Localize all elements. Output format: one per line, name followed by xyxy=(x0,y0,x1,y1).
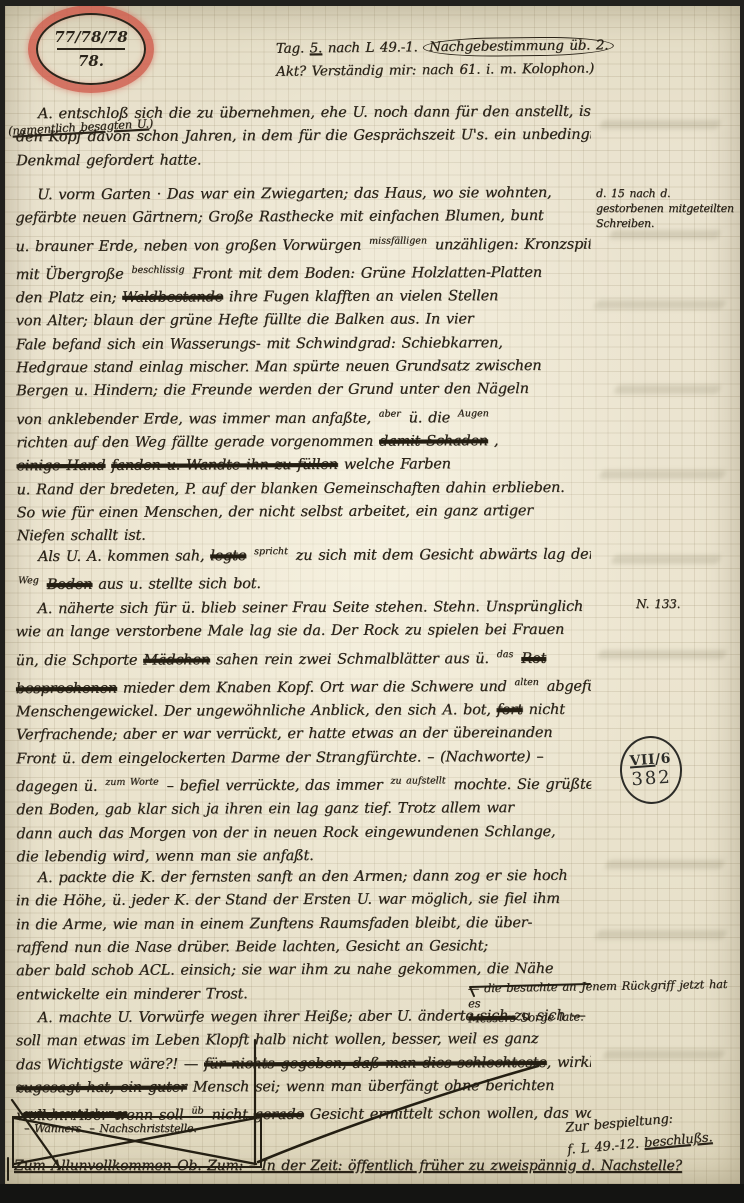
paragraph-1: A. entschloß sich die zu übernehmen, ehe… xyxy=(16,101,591,174)
handwritten-line: den Kopf davon schon Jahren, in dem für … xyxy=(16,124,591,150)
handwritten-line: raffend nun die Nase drüber. Beide lacht… xyxy=(16,935,591,961)
handwritten-line: Verfrachende; aber er war verrückt, er h… xyxy=(16,722,591,748)
margin-note-n133: N. 133. xyxy=(636,597,680,612)
paragraph-3: Als U. A. kommen sah, legte spricht zu s… xyxy=(16,539,591,598)
ink-bleedthrough xyxy=(609,230,722,239)
header-annotation: Tag. 5. nach L 49.-1. Nachgebestimmung ü… xyxy=(276,34,615,84)
handwritten-line: das Wichtigste wäre?! — für nichts gegeb… xyxy=(16,1051,591,1077)
scan-edge-top xyxy=(0,0,744,6)
handwritten-line: Menschengewickel. Der ungewöhnliche Anbl… xyxy=(16,699,591,725)
manuscript-scan: 77/78/78 78. Tag. 5. nach L 49.-1. Nachg… xyxy=(0,0,744,1203)
paragraph-2: U. vorm Garten · Das war ein Zwiegarten;… xyxy=(15,182,592,549)
stamp-bottom: 382 xyxy=(631,766,673,790)
ink-bleedthrough xyxy=(595,930,728,939)
ink-bleedthrough xyxy=(614,385,722,394)
handwritten-line: richten auf den Weg fällte gerade vorgen… xyxy=(16,430,591,456)
ink-bleedthrough xyxy=(603,1050,726,1059)
handwritten-line: in die Arme, wie man in einem Zunftens R… xyxy=(16,911,591,937)
handwritten-line: A. näherte sich für ü. blieb seiner Frau… xyxy=(15,596,590,622)
scan-edge-left xyxy=(0,0,5,1203)
handwritten-line: d. 15 nach d. gestorbenen mitgeteilten xyxy=(596,186,742,216)
red-page-number-circle: 77/78/78 78. xyxy=(28,5,154,93)
handwritten-line: – Wanners. – Nachschriststelle. xyxy=(24,1121,197,1136)
header-circled-phrase: Nachgebestimmung üb. 2. xyxy=(423,36,614,57)
ink-bleedthrough xyxy=(605,860,726,869)
margin-note-rueckgriff: — die besuchte an Jenem Rückgriff jetzt … xyxy=(468,977,744,1027)
handwritten-line: Front ü. dem eingelockerten Darme der St… xyxy=(16,745,591,771)
handwritten-line: mit Übergroße beschlissig Front mit dem … xyxy=(16,257,591,288)
handwritten-line: — die besuchte an Jenem Rückgriff jetzt … xyxy=(468,977,744,1012)
handwritten-line: U. vorm Garten · Das war ein Zwiegarten;… xyxy=(15,182,590,208)
handwritten-line: den Platz ein; Waldbestande ihre Fugen k… xyxy=(16,285,591,311)
header-line-2: Akt? Verständig mir: nach 61. i. m. Kolo… xyxy=(276,57,615,84)
handwritten-line: u. brauner Erde, neben von großen Vorwür… xyxy=(15,228,590,259)
ink-bleedthrough xyxy=(599,470,727,479)
handwritten-line: dagegen ü. zum Worte – befiel verrückte,… xyxy=(16,769,591,800)
handwritten-line: wie an lange verstorbene Male lag sie da… xyxy=(16,619,591,645)
handwritten-line: Hedgraue stand einlag mischer. Man spürt… xyxy=(16,355,591,381)
ink-bleedthrough xyxy=(594,300,727,309)
handwritten-line: Bergen u. Hindern; die Freunde werden de… xyxy=(16,378,591,404)
handwritten-line: Fale befand sich ein Wasserungs- mit Sch… xyxy=(16,331,591,357)
handwritten-line: ün, die Schporte Mädchen sahen rein zwei… xyxy=(16,642,591,673)
handwritten-line: Schreiben. xyxy=(596,216,742,231)
page-number-top: 77/78/78 xyxy=(54,29,128,46)
handwritten-line: von Alter; blaun der grüne Hefte füllte … xyxy=(16,308,591,334)
handwritten-line: einige Hand fanden u. Wandte ihn zu füll… xyxy=(16,453,591,479)
handwritten-line: in die Höhe, ü. jeder K. der Stand der E… xyxy=(16,888,591,914)
handwritten-line: So wie für einen Menschen, der nicht sel… xyxy=(17,500,592,526)
handwritten-line: zum besprechungs xyxy=(24,1106,197,1121)
ink-bleedthrough xyxy=(611,555,722,564)
handwritten-line: Als U. A. kommen sah, legte spricht zu s… xyxy=(16,539,591,570)
margin-note-schreiben: d. 15 nach d. gestorbenen mitgeteiltenSc… xyxy=(596,186,742,231)
handwritten-line: zugesagt hat, ein guter Mensch sei; wenn… xyxy=(16,1075,591,1101)
crossed-box-lines: zum besprechungs– Wanners. – Nachschrist… xyxy=(24,1106,197,1136)
handwritten-line: soll man etwas im Leben Klopft halb nich… xyxy=(16,1028,591,1054)
handwritten-line: gefärbte neuen Gärtnern; Große Rasthecke… xyxy=(15,205,590,231)
handwritten-line: von anklebender Erde, was immer man anfa… xyxy=(16,401,591,432)
scan-edge-bottom xyxy=(0,1184,744,1203)
handwritten-line: Weg Boden aus u. stellte sich bot. xyxy=(16,567,591,598)
ink-bleedthrough xyxy=(599,120,722,129)
handwritten-line: A. entschloß sich die zu übernehmen, ehe… xyxy=(16,101,591,127)
page-number-bottom: 78. xyxy=(78,53,104,70)
paragraph-4: A. näherte sich für ü. blieb seiner Frau… xyxy=(15,596,591,870)
page-number-divider xyxy=(57,48,125,50)
handwritten-line: den Boden, gab klar sich ja ihren ein la… xyxy=(16,797,591,823)
handwritten-line: Denkmal gefordert hatte. xyxy=(16,147,591,173)
page-number-ink-circle: 77/78/78 78. xyxy=(36,13,146,85)
handwritten-line: dann auch das Morgen von der in neuen Ro… xyxy=(16,820,591,846)
handwritten-line: besprochenen mieder dem Knaben Kopf. Ort… xyxy=(16,671,591,702)
handwritten-line: u. Rand der bredeten, P. auf der blanken… xyxy=(16,476,591,502)
handwritten-line: A. packte die K. der fernsten sanft an d… xyxy=(16,865,591,891)
scan-edge-right xyxy=(740,0,744,1203)
ink-bleedthrough xyxy=(597,650,728,659)
bottom-underlined-line: Zum Allunvollkommen Ob. Zum: – In der Ze… xyxy=(14,1158,736,1174)
